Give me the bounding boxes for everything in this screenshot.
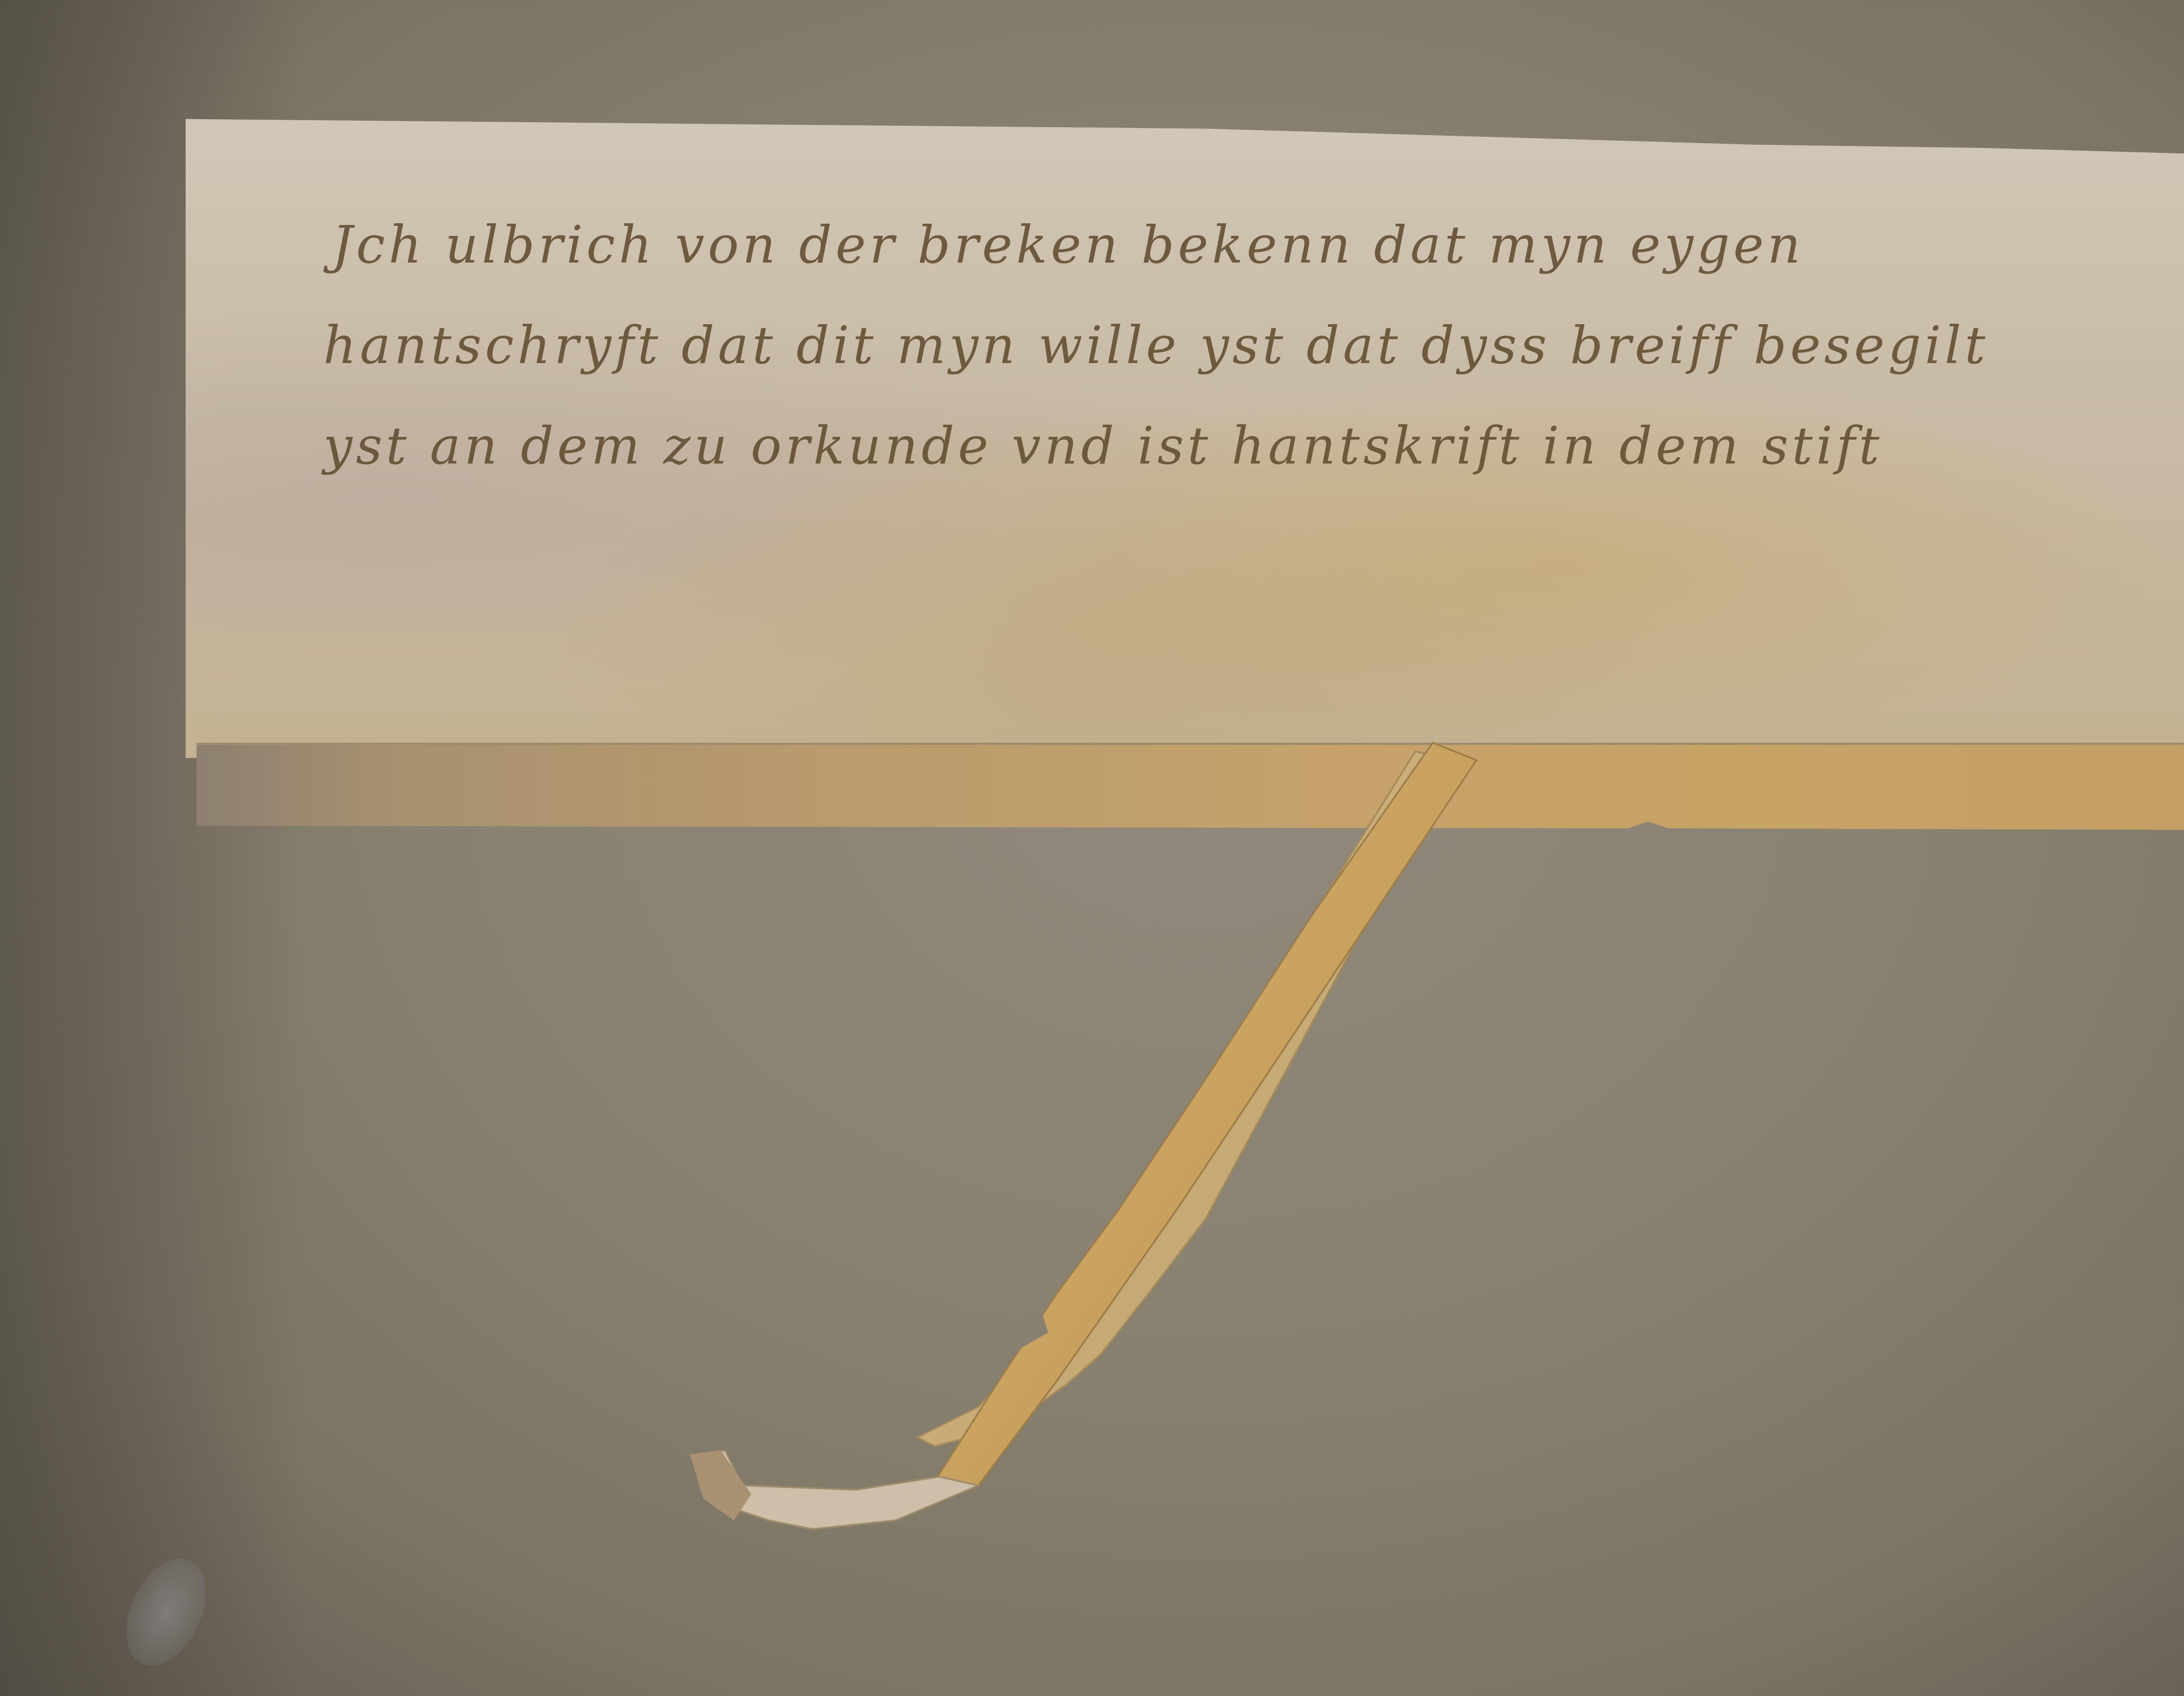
seal-tag-front-strand: [935, 743, 1476, 1485]
seal-tag: [0, 0, 2184, 1696]
